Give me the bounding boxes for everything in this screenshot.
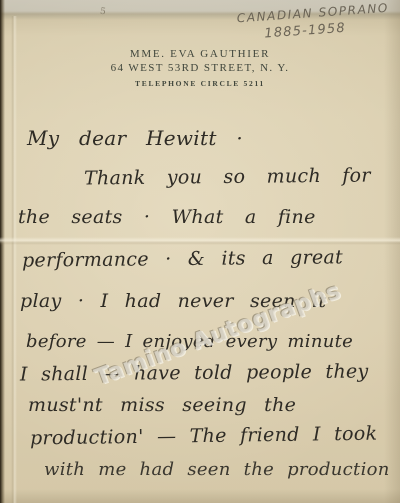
letterhead-address: 64 WEST 53RD STREET, N. Y.: [0, 62, 400, 74]
printed-letterhead: MME. EVA GAUTHIER 64 WEST 53RD STREET, N…: [0, 48, 400, 88]
vertical-paper-crease: [11, 16, 17, 503]
salutation-line: My dear Hewitt ·: [27, 126, 243, 150]
handwritten-line: I shall — have told people they: [20, 360, 369, 385]
letterhead-name: MME. EVA GAUTHIER: [0, 48, 400, 60]
handwritten-line: Thank you so much for: [84, 164, 371, 189]
handwritten-line: the seats · What a fine: [18, 206, 316, 228]
handwritten-line: with me had seen the production: [44, 459, 390, 480]
horizontal-fold-crease: [0, 237, 400, 245]
handwritten-line: performance · & its a great: [22, 246, 343, 271]
letterhead-phone: TELEPHONE CIRCLE 5211: [0, 79, 400, 88]
pencil-annotation: CANADIAN SOPRANO 1885-1958: [230, 0, 397, 43]
tiny-page-mark: 5: [99, 7, 106, 18]
letter-photo: 5 CANADIAN SOPRANO 1885-1958 MME. EVA GA…: [0, 0, 400, 503]
handwritten-line: production' — The friend I took: [30, 423, 378, 450]
handwritten-line: must'nt miss seeing the: [28, 394, 296, 416]
